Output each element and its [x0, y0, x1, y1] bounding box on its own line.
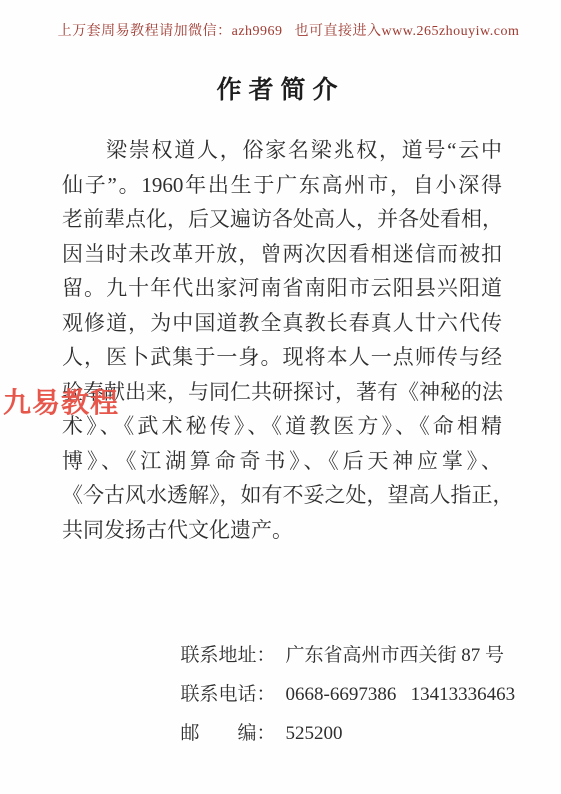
body-line: 术》、《武术秘传》、《道教医方》、《命相精 — [62, 409, 502, 444]
watermark: 九易教程 — [3, 381, 119, 421]
page-title: 作者简介 — [0, 70, 561, 106]
contact-postal-value: 525200 — [286, 723, 343, 744]
body-line: 《今古风水透解》，如有不妥之处，望高人指正， — [62, 478, 502, 513]
contact-address-label: 联系地址： — [181, 645, 276, 666]
contact-address-value: 广东省高州市西关街 87 号 — [286, 645, 505, 666]
document-page: 上万套周易教程请加微信：azh9969 也可直接进入www.265zhouyiw… — [0, 0, 561, 794]
body-line: 留。九十年代出家河南省南阳市云阳县兴阳道 — [62, 271, 502, 306]
body-text: 梁崇权道人，俗家名梁兆权，道号“云中 仙子”。1960年出生于广东高州市，自小深… — [62, 133, 502, 547]
body-line: 梁崇权道人，俗家名梁兆权，道号“云中 — [62, 133, 502, 168]
contact-phone-value: 0668-6697386 13413336463 — [286, 684, 516, 705]
body-line: 验奉献出来，与同仁共研探讨，著有《神秘的法 — [62, 375, 502, 410]
body-line: 人，医卜武集于一身。现将本人一点师传与经 — [62, 340, 502, 375]
contact-address-row: 联系地址：广东省高州市西关街 87 号 — [152, 597, 515, 636]
contact-block: 联系地址：广东省高州市西关街 87 号 联系电话：0668-6697386 13… — [152, 597, 515, 714]
page-header-note: 上万套周易教程请加微信：azh9969 也可直接进入www.265zhouyiw… — [0, 4, 561, 56]
body-line: 博》、《江湖算命奇书》、《后天神应掌》、 — [62, 444, 502, 479]
body-line: 共同发扬古代文化遗产。 — [62, 513, 502, 548]
body-line: 老前辈点化，后又遍访各处高人，并各处看相， — [62, 202, 502, 237]
header-text: 上万套周易教程请加微信：azh9969 也可直接进入www.265zhouyiw… — [58, 24, 520, 39]
body-line: 仙子”。1960年出生于广东高州市，自小深得 — [62, 168, 502, 203]
body-line: 观修道，为中国道教全真教长春真人廿六代传 — [62, 306, 502, 341]
body-line: 因当时未改革开放，曾两次因看相迷信而被扣 — [62, 237, 502, 272]
contact-postal-label: 邮 编： — [181, 723, 276, 744]
contact-phone-label: 联系电话： — [181, 684, 276, 705]
